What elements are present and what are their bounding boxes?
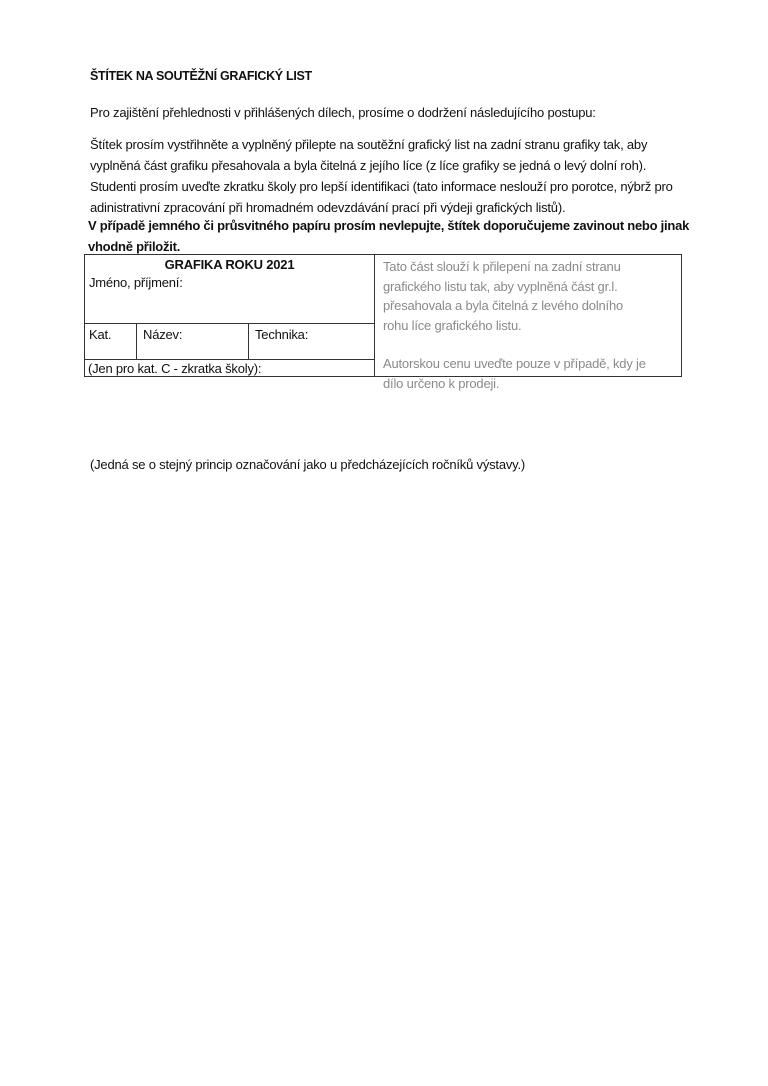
footer-note: (Jedná se o stejný princip označování ja… xyxy=(90,457,525,472)
intro-text: Pro zajištění přehlednosti v přihlášenýc… xyxy=(90,105,596,120)
label-form: GRAFIKA ROKU 2021 Jméno, příjmení: Kat. … xyxy=(84,254,682,377)
warning-line: V případě jemného či průsvitného papíru … xyxy=(88,215,689,236)
divider xyxy=(374,255,375,376)
instruction-line: Štítek prosím vystřihněte a vyplněný při… xyxy=(90,134,673,155)
category-field[interactable]: Kat. xyxy=(89,327,111,342)
technique-field[interactable]: Technika: xyxy=(255,327,308,342)
price-note-line: dílo určeno k prodeji. xyxy=(383,374,646,394)
note-line: grafického listu tak, aby vyplněná část … xyxy=(383,277,646,297)
warning-paragraph: V případě jemného či průsvitného papíru … xyxy=(88,215,689,257)
label-heading: GRAFIKA ROKU 2021 xyxy=(85,257,374,272)
note-line: přesahovala a byla čitelná z levého doln… xyxy=(383,296,646,316)
note-line: rohu líce grafického listu. xyxy=(383,316,646,336)
note-line: Tato část slouží k přilepení na zadní st… xyxy=(383,257,646,277)
divider xyxy=(248,323,249,359)
label-note: Tato část slouží k přilepení na zadní st… xyxy=(383,257,646,393)
title-field[interactable]: Název: xyxy=(143,327,182,342)
divider xyxy=(136,323,137,359)
name-field[interactable]: Jméno, příjmení: xyxy=(89,275,183,290)
price-note-line: Autorskou cenu uveďte pouze v případě, k… xyxy=(383,354,646,374)
divider xyxy=(85,323,374,324)
instruction-line: Studenti prosím uveďte zkratku školy pro… xyxy=(90,176,673,197)
school-field[interactable]: (Jen pro kat. C - zkratka školy): xyxy=(88,361,261,376)
instructions-paragraph: Štítek prosím vystřihněte a vyplněný při… xyxy=(90,134,673,218)
divider xyxy=(85,359,374,360)
instruction-line: vyplněná část grafiku přesahovala a byla… xyxy=(90,155,673,176)
document-title: ŠTÍTEK NA SOUTĚŽNÍ GRAFICKÝ LIST xyxy=(90,69,312,83)
